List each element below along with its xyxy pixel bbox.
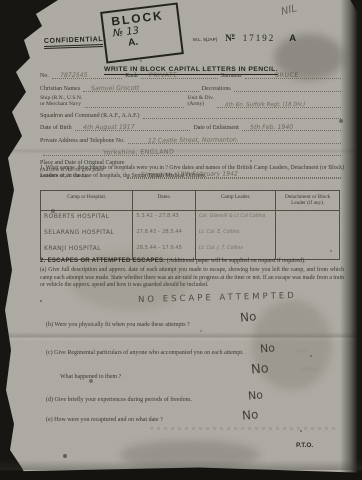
scanned-pow-form-page: BLOCK № 13 A. NIL CONFIDENTIAL M.L. 9(JA…	[0, 0, 362, 480]
paper-grain-texture	[0, 0, 362, 480]
